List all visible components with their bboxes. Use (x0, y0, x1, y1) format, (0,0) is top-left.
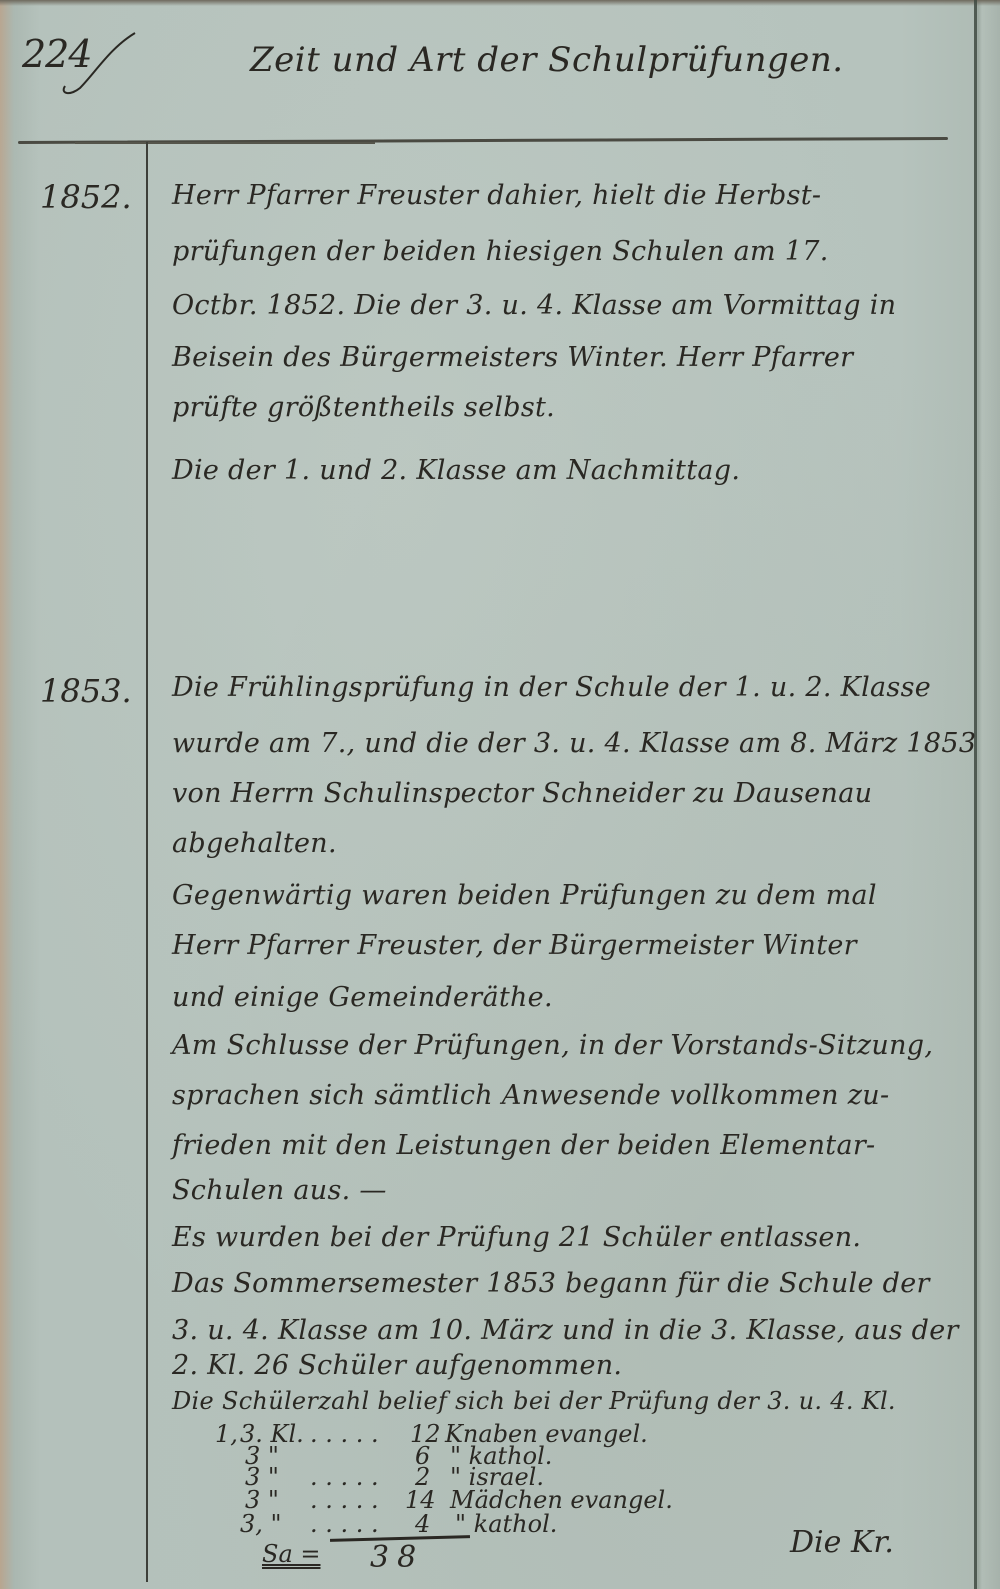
sum-label: Sa = (262, 1540, 321, 1568)
tally-desc: " kathol. (455, 1510, 557, 1538)
entry-line: Die der 1. und 2. Klasse am Nachmittag. (172, 455, 740, 486)
entry-line: Es wurden bei der Prüfung 21 Schüler ent… (172, 1222, 861, 1253)
entry-line: Octbr. 1852. Die der 3. u. 4. Klasse am … (172, 290, 896, 321)
tally-prefix: 1, (215, 1420, 238, 1448)
page-number-flourish-icon (40, 28, 140, 98)
tally-dots: . . . . . (310, 1510, 379, 1538)
page-title: Zeit und Art der Schulprüfungen. (250, 40, 844, 80)
entry-year: 1852. (40, 178, 132, 216)
entry-line: Die Frühlingsprüfung in der Schule der 1… (172, 672, 931, 703)
entry-line: von Herrn Schulinspector Schneider zu Da… (172, 778, 872, 809)
entry-line: Das Sommersemester 1853 begann für die S… (172, 1268, 930, 1299)
entry-year: 1853. (40, 672, 132, 710)
entry-line: prüfte größtentheils selbst. (172, 392, 555, 423)
entry-line: Am Schlusse der Prüfungen, in der Vorsta… (172, 1030, 933, 1061)
ledger-page: 224 Zeit und Art der Schulprüfungen. 185… (0, 0, 1000, 1589)
year-margin-line (146, 142, 148, 1582)
entry-line: sprachen sich sämtlich Anwesende vollkom… (172, 1080, 889, 1111)
book-gutter (974, 0, 977, 1589)
entry-line: prüfungen der beiden hiesigen Schulen am… (172, 236, 829, 267)
tally-dots: . . . . . (310, 1420, 379, 1448)
entry-line: Herr Pfarrer Freuster, der Bürgermeister… (172, 930, 857, 961)
header-rule-secondary (75, 142, 375, 144)
entry-line: 3. u. 4. Klasse am 10. März und in die 3… (172, 1315, 959, 1346)
entry-line: Herr Pfarrer Freuster dahier, hielt die … (172, 180, 821, 211)
sum-value: 38 (370, 1540, 424, 1575)
entry-line: Die Schülerzahl belief sich bei der Prüf… (172, 1387, 896, 1415)
signature: Die Kr. (790, 1525, 894, 1560)
entry-line: 2. Kl. 26 Schüler aufgenommen. (172, 1350, 622, 1381)
entry-line: Gegenwärtig waren beiden Prüfungen zu de… (172, 880, 877, 911)
page-edge-shadow (0, 0, 1000, 6)
entry-line: und einige Gemeinderäthe. (172, 982, 553, 1013)
entry-line: Schulen aus. — (172, 1175, 387, 1206)
entry-line: Beisein des Bürgermeisters Winter. Herr … (172, 342, 853, 373)
tally-class: 3, " (240, 1510, 282, 1538)
entry-line: frieden mit den Leistungen der beiden El… (172, 1130, 875, 1161)
tally-count: 4 (415, 1510, 430, 1538)
entry-line: abgehalten. (172, 828, 337, 859)
entry-line: wurde am 7., und die der 3. u. 4. Klasse… (172, 728, 976, 759)
